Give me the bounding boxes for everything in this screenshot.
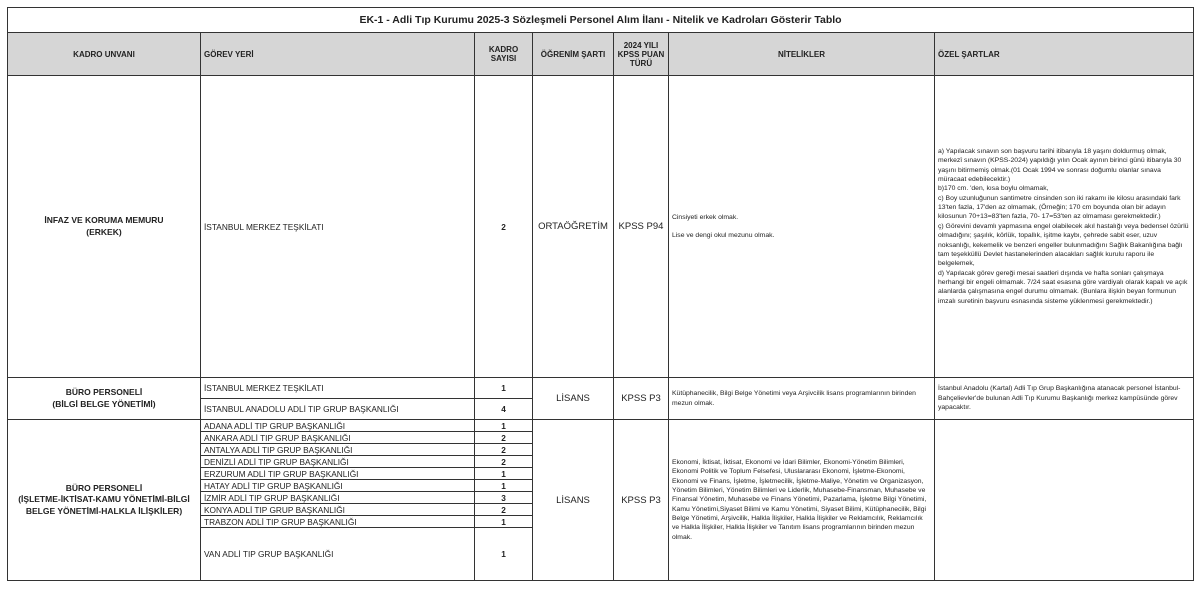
header-row: KADRO UNVANI GÖREV YERİ KADRO SAYISI ÖĞR… — [8, 33, 1194, 76]
kadro-sayisi: 2 — [475, 76, 533, 378]
header-ogrenim-sarti: ÖĞRENİM ŞARTI — [533, 33, 614, 76]
nitelikler: Ekonomi, İktisat, İktisat, Ekonomi ve İd… — [669, 420, 935, 581]
ogrenim-sarti: LİSANS — [533, 420, 614, 581]
kadro-sayisi: 2 — [475, 444, 533, 456]
table-row: İNFAZ VE KORUMA MEMURU (ERKEK) İSTANBUL … — [8, 76, 1194, 378]
ozel-sartlar: a) Yapılacak sınavın son başvuru tarihi … — [935, 76, 1194, 378]
gorev-yeri: ADANA ADLİ TIP GRUP BAŞKANLIĞI — [201, 420, 475, 432]
gorev-yeri: KONYA ADLİ TIP GRUP BAŞKANLIĞI — [201, 504, 475, 516]
nitelik-item: Lise ve dengi okul mezunu olmak. — [672, 231, 931, 240]
positions-table: EK-1 - Adli Tıp Kurumu 2025-3 Sözleşmeli… — [7, 7, 1194, 581]
gorev-yeri: İSTANBUL MERKEZ TEŞKİLATI — [201, 76, 475, 378]
kadro-sayisi: 2 — [475, 504, 533, 516]
table-row: BÜRO PERSONELİ (İŞLETME-İKTİSAT-KAMU YÖN… — [8, 420, 1194, 432]
header-kpss-puan-turu: 2024 YILI KPSS PUAN TÜRÜ — [614, 33, 669, 76]
gorev-yeri: ANKARA ADLİ TIP GRUP BAŞKANLIĞI — [201, 432, 475, 444]
kadro-sayisi: 1 — [475, 378, 533, 399]
nitelikler: Kütüphanecilik, Bilgi Belge Yönetimi vey… — [669, 378, 935, 420]
gorev-yeri: VAN ADLİ TIP GRUP BAŞKANLIĞI — [201, 528, 475, 581]
kadro-unvani: İNFAZ VE KORUMA MEMURU (ERKEK) — [8, 76, 201, 378]
gorev-yeri: DENİZLİ ADLİ TIP GRUP BAŞKANLIĞI — [201, 456, 475, 468]
header-kadro-sayisi: KADRO SAYISI — [475, 33, 533, 76]
kpss-puan-turu: KPSS P94 — [614, 76, 669, 378]
header-kadro-unvani: KADRO UNVANI — [8, 33, 201, 76]
ozel-sartlar: İstanbul Anadolu (Kartal) Adli Tıp Grup … — [935, 378, 1194, 420]
table-title: EK-1 - Adli Tıp Kurumu 2025-3 Sözleşmeli… — [8, 8, 1194, 33]
nitelikler: Cinsiyeti erkek olmak. Lise ve dengi oku… — [669, 76, 935, 378]
gorev-yeri: ANTALYA ADLİ TIP GRUP BAŞKANLIĞI — [201, 444, 475, 456]
kadro-sayisi: 1 — [475, 516, 533, 528]
kadro-sayisi: 1 — [475, 420, 533, 432]
kadro-sayisi: 1 — [475, 468, 533, 480]
kadro-unvani: BÜRO PERSONELİ (İŞLETME-İKTİSAT-KAMU YÖN… — [8, 420, 201, 581]
header-gorev-yeri: GÖREV YERİ — [201, 33, 475, 76]
kadro-sayisi: 2 — [475, 456, 533, 468]
table-row: BÜRO PERSONELİ (BİLGİ BELGE YÖNETİMİ) İS… — [8, 378, 1194, 399]
header-ozel-sartlar: ÖZEL ŞARTLAR — [935, 33, 1194, 76]
ogrenim-sarti: ORTAÖĞRETİM — [533, 76, 614, 378]
kadro-unvani: BÜRO PERSONELİ (BİLGİ BELGE YÖNETİMİ) — [8, 378, 201, 420]
kpss-puan-turu: KPSS P3 — [614, 420, 669, 581]
gorev-yeri: İZMİR ADLİ TIP GRUP BAŞKANLIĞI — [201, 492, 475, 504]
gorev-yeri: HATAY ADLİ TIP GRUP BAŞKANLIĞI — [201, 480, 475, 492]
header-nitelikler: NİTELİKLER — [669, 33, 935, 76]
kadro-sayisi: 1 — [475, 480, 533, 492]
kadro-sayisi: 3 — [475, 492, 533, 504]
kadro-sayisi: 2 — [475, 432, 533, 444]
gorev-yeri: ERZURUM ADLİ TIP GRUP BAŞKANLIĞI — [201, 468, 475, 480]
ogrenim-sarti: LİSANS — [533, 378, 614, 420]
nitelik-item: Cinsiyeti erkek olmak. — [672, 213, 931, 222]
gorev-yeri: İSTANBUL ANADOLU ADLİ TIP GRUP BAŞKANLIĞ… — [201, 399, 475, 420]
kpss-puan-turu: KPSS P3 — [614, 378, 669, 420]
gorev-yeri: TRABZON ADLİ TIP GRUP BAŞKANLIĞI — [201, 516, 475, 528]
kadro-sayisi: 4 — [475, 399, 533, 420]
ozel-sartlar — [935, 420, 1194, 581]
gorev-yeri: İSTANBUL MERKEZ TEŞKİLATI — [201, 378, 475, 399]
kadro-sayisi: 1 — [475, 528, 533, 581]
